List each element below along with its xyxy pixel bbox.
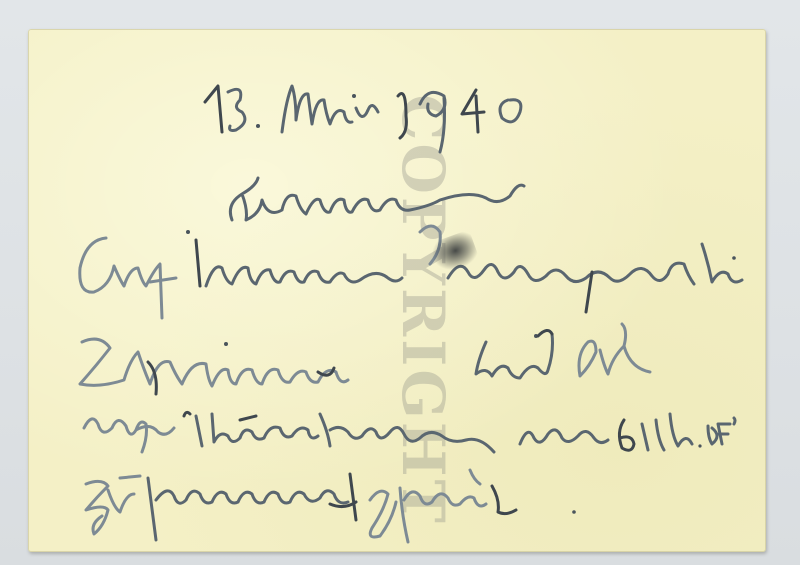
text-line-4: zusammengesetzt. bbox=[84, 476, 404, 516]
date-text: 13. Mai 1940 bbox=[200, 82, 455, 126]
place-text: Holland bbox=[230, 176, 390, 222]
text-line-2: Wageningen wird die bbox=[78, 336, 486, 380]
text-line-3: ersten Notlandung von 6 Schl. "DF" bbox=[82, 410, 628, 445]
text-line-1: Auf einem Flugplatz bei bbox=[78, 240, 539, 284]
